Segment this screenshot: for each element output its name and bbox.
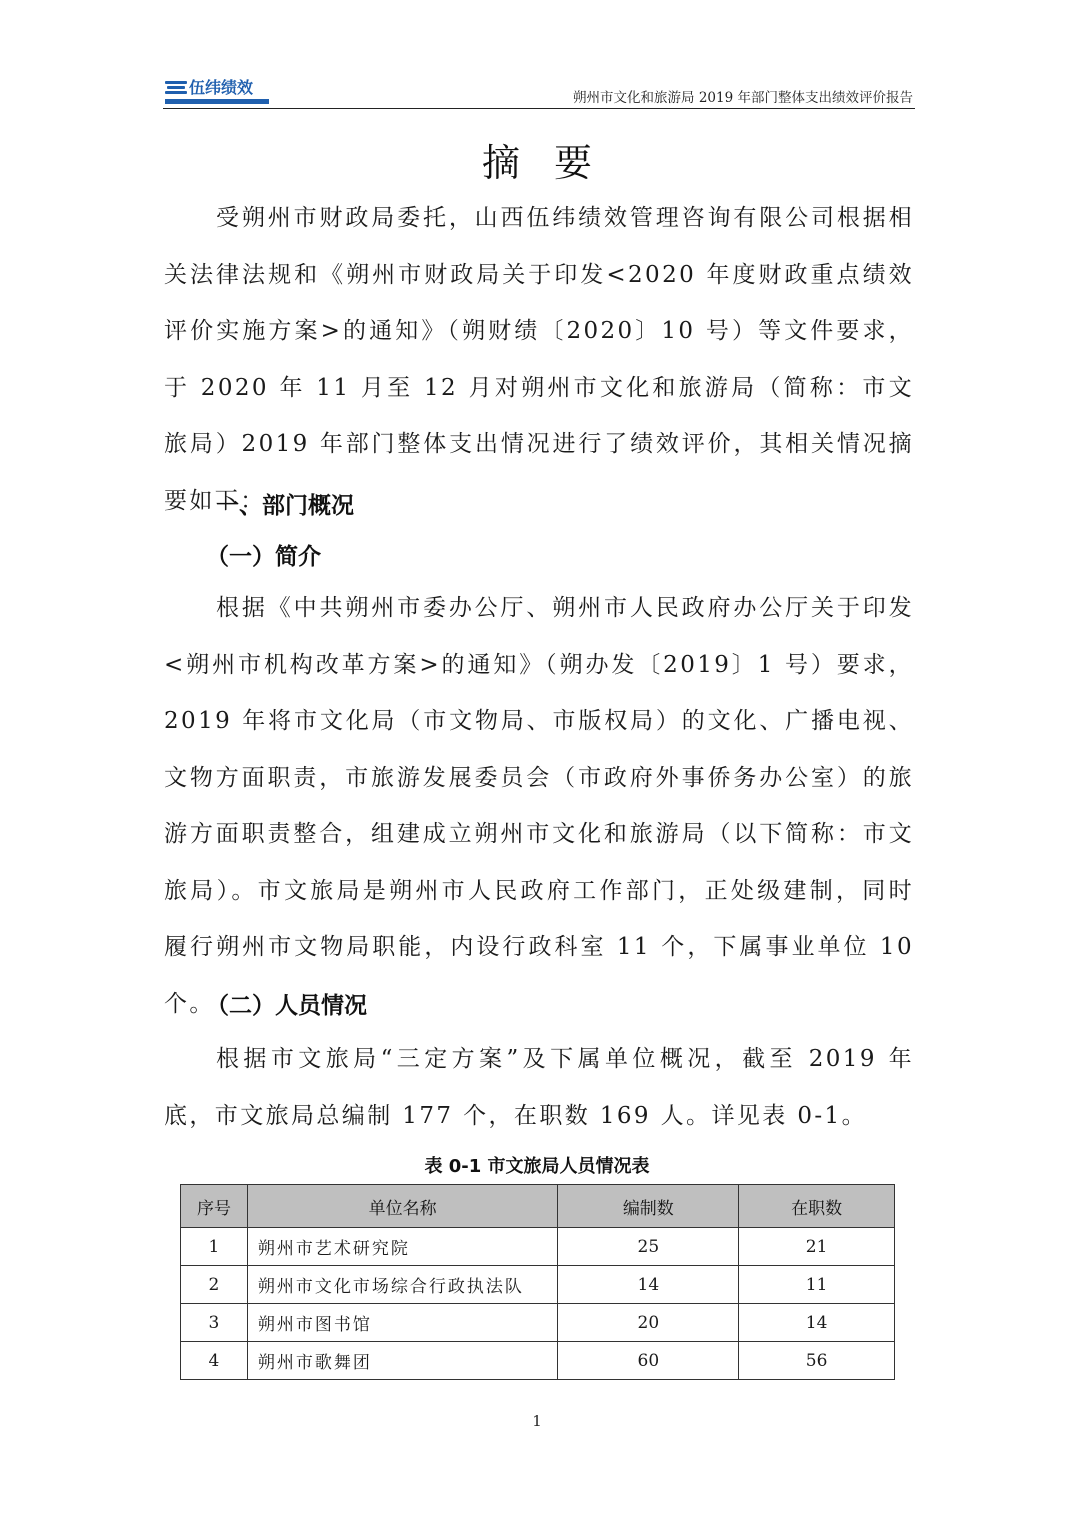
cell-unit-name: 朔州市艺术研究院 — [247, 1228, 558, 1266]
logo-mark-icon — [165, 81, 187, 97]
cell-quota: 14 — [558, 1266, 739, 1304]
column-header-no: 序号 — [181, 1185, 248, 1228]
cell-staff: 14 — [739, 1304, 895, 1342]
cell-quota: 25 — [558, 1228, 739, 1266]
column-header-unit: 单位名称 — [247, 1185, 558, 1228]
table-row: 4 朔州市歌舞团 60 56 — [181, 1342, 895, 1380]
page-title: 摘要 — [0, 132, 1074, 187]
cell-no: 3 — [181, 1304, 248, 1342]
page-number: 1 — [0, 1412, 1074, 1430]
cell-no: 1 — [181, 1228, 248, 1266]
header-doc-title: 朔州市文化和旅游局 2019 年部门整体支出绩效评价报告 — [573, 86, 913, 106]
staff-table: 序号 单位名称 编制数 在职数 1 朔州市艺术研究院 25 21 2 朔州市文化… — [180, 1184, 895, 1380]
cell-quota: 60 — [558, 1342, 739, 1380]
logo-bar — [165, 99, 269, 104]
cell-quota: 20 — [558, 1304, 739, 1342]
cell-staff: 21 — [739, 1228, 895, 1266]
section-heading-overview: 一、部门概况 — [216, 487, 354, 520]
table-header-row: 序号 单位名称 编制数 在职数 — [181, 1185, 895, 1228]
table-caption: 表 0-1 市文旅局人员情况表 — [0, 1152, 1074, 1178]
cell-no: 4 — [181, 1342, 248, 1380]
cell-staff: 56 — [739, 1342, 895, 1380]
table-row: 3 朔州市图书馆 20 14 — [181, 1304, 895, 1342]
table-row: 2 朔州市文化市场综合行政执法队 14 11 — [181, 1266, 895, 1304]
cell-staff: 11 — [739, 1266, 895, 1304]
intro-paragraph: 受朔州市财政局委托，山西伍纬绩效管理咨询有限公司根据相关法律法规和《朔州市财政局… — [164, 190, 914, 529]
column-header-quota: 编制数 — [558, 1185, 739, 1228]
subsection-heading-staff: （二）人员情况 — [206, 987, 367, 1020]
intro-section-paragraph: 根据《中共朔州市委办公厅、朔州市人民政府办公厅关于印发<朔州市机构改革方案>的通… — [164, 580, 914, 1032]
page-header: 伍纬绩效 朔州市文化和旅游局 2019 年部门整体支出绩效评价报告 — [163, 78, 915, 109]
company-logo: 伍纬绩效 — [165, 78, 269, 104]
cell-no: 2 — [181, 1266, 248, 1304]
cell-unit-name: 朔州市文化市场综合行政执法队 — [247, 1266, 558, 1304]
table-row: 1 朔州市艺术研究院 25 21 — [181, 1228, 895, 1266]
column-header-staff: 在职数 — [739, 1185, 895, 1228]
logo-text: 伍纬绩效 — [189, 78, 253, 98]
cell-unit-name: 朔州市歌舞团 — [247, 1342, 558, 1380]
staff-paragraph: 根据市文旅局“三定方案”及下属单位概况，截至 2019 年底，市文旅局总编制 1… — [164, 1031, 914, 1144]
subsection-heading-intro: （一）简介 — [206, 538, 321, 571]
cell-unit-name: 朔州市图书馆 — [247, 1304, 558, 1342]
